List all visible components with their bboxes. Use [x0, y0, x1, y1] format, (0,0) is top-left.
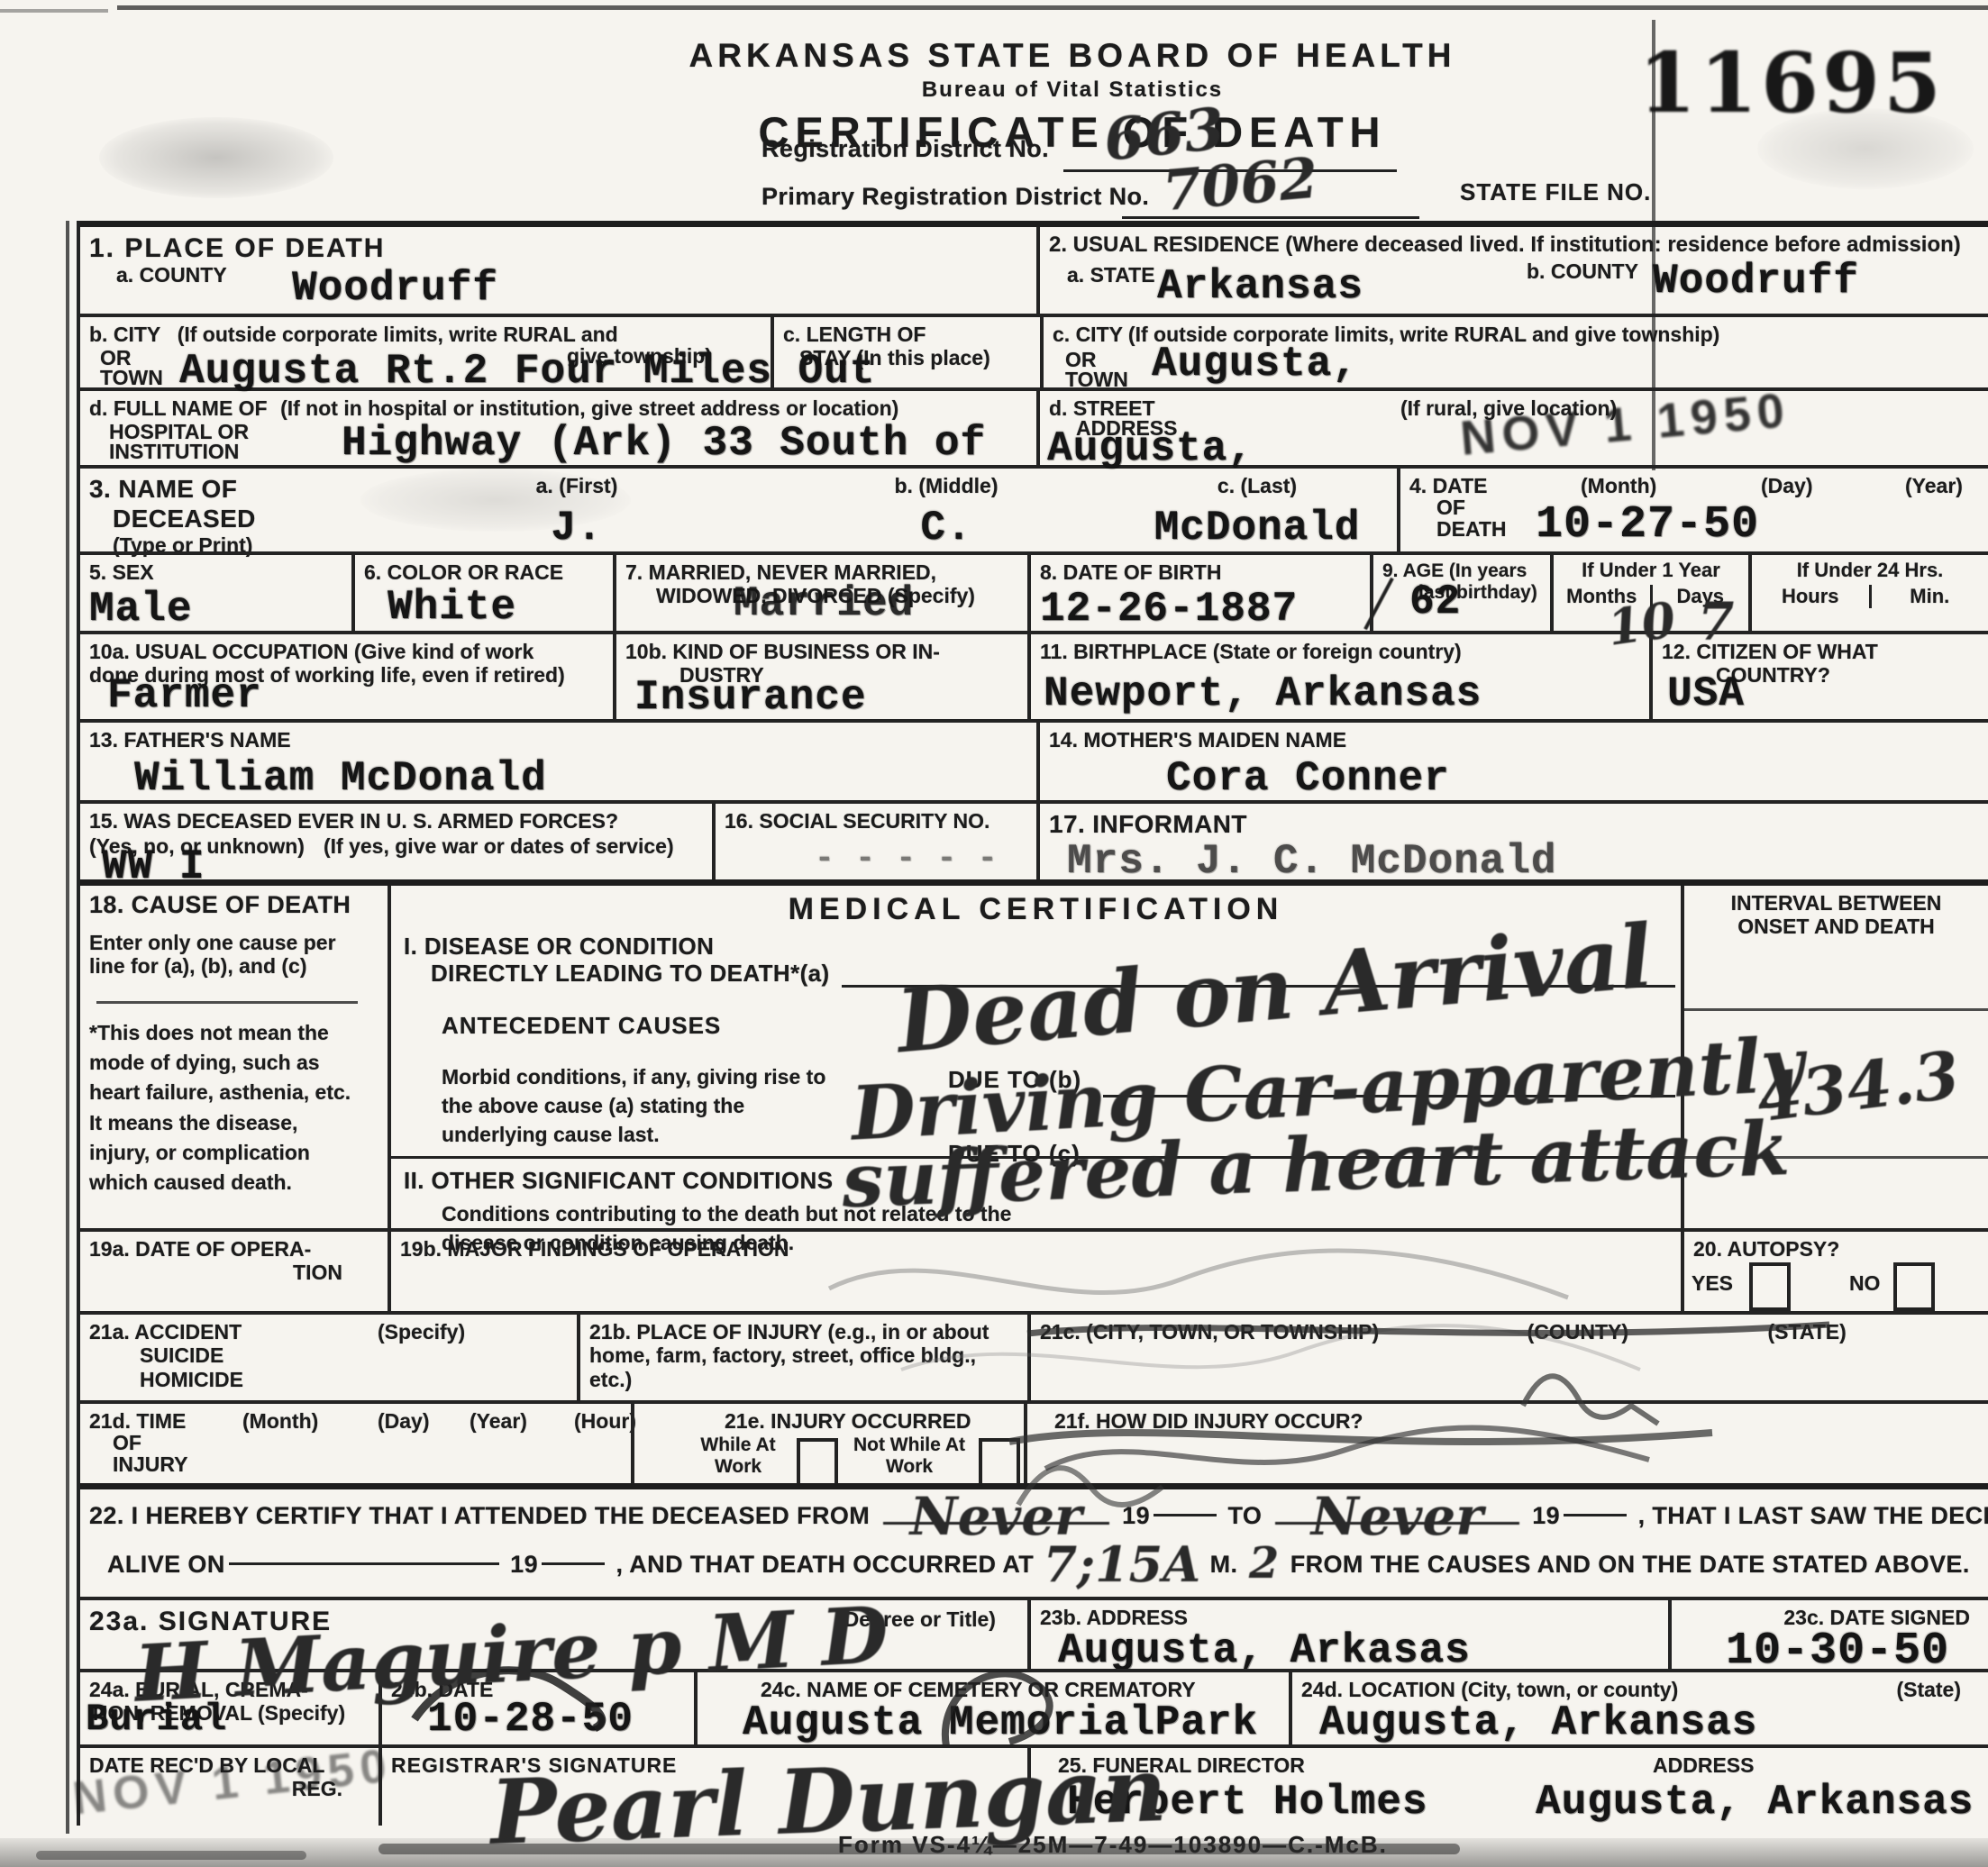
- scan-artifact: [36, 1851, 306, 1860]
- injury-how-label: 21f. HOW DID INJURY OCCUR?: [1054, 1409, 1979, 1433]
- autopsy-no-checkbox: [1893, 1262, 1935, 1311]
- armed-label-3: (If yes, give war or dates of service): [324, 834, 674, 858]
- field-operation-date: 19a. DATE OF OPERA- TION: [80, 1232, 388, 1311]
- field-occupation: 10a. USUAL OCCUPATION (Give kind of work…: [80, 634, 613, 719]
- father-value: William McDonald: [134, 755, 547, 802]
- injury-time-label-2: OF: [113, 1431, 141, 1454]
- industry-label-1: 10b. KIND OF BUSINESS OR IN-: [625, 640, 1018, 663]
- occupation-label-1: 10a. USUAL OCCUPATION (Give kind of work: [89, 640, 604, 663]
- cemetery-location-value: Augusta, Arkansas: [1319, 1699, 1757, 1746]
- armed-label-1: 15. WAS DECEASED EVER IN U. S. ARMED FOR…: [89, 809, 618, 833]
- field-industry: 10b. KIND OF BUSINESS OR IN- DUSTRY Insu…: [613, 634, 1027, 719]
- under-day-label: If Under 24 Hrs.: [1752, 559, 1988, 581]
- row-certify-statement: 22. I HEREBY CERTIFY THAT I ATTENDED THE…: [80, 1483, 1988, 1597]
- cemetery-location-label: 24d. LOCATION (City, town, or county): [1301, 1678, 1678, 1701]
- board-name: ARKANSAS STATE BOARD OF HEALTH: [559, 36, 1586, 76]
- certify-to: TO: [1227, 1502, 1262, 1529]
- state-file-label: STATE FILE NO.: [1460, 178, 1651, 206]
- field-autopsy: 20. AUTOPSY? YES NO: [1681, 1232, 1988, 1311]
- row-name-dod: 3. NAME OF DECEASED (Type or Print) a. (…: [80, 465, 1988, 551]
- operation-date-label-2: TION: [89, 1261, 342, 1284]
- primary-district-line: Primary Registration District No.: [761, 183, 1149, 212]
- field-under-24-hrs: If Under 24 Hrs. Hours Min.: [1748, 555, 1988, 631]
- field-dob: 8. DATE OF BIRTH 12-26-1887: [1027, 555, 1370, 631]
- dod-month-label: (Month): [1581, 474, 1656, 497]
- injury-month-label: (Month): [242, 1409, 318, 1433]
- not-while-label-1: Not While At: [851, 1434, 968, 1456]
- institution-value: Highway (Ark) 33 South of: [342, 420, 986, 467]
- interval-line-1: [1684, 1008, 1988, 1011]
- scan-artifact: [117, 5, 1988, 10]
- while-label-1: While At: [689, 1434, 788, 1456]
- name-label-1: 3. NAME OF: [89, 474, 369, 504]
- not-while-label-2: Work: [851, 1456, 968, 1478]
- scan-artifact: [0, 9, 108, 13]
- row-armed-ssn-informant: 15. WAS DECEASED EVER IN U. S. ARMED FOR…: [80, 800, 1988, 879]
- accident-label-3: HOMICIDE: [140, 1368, 568, 1391]
- disease-label-2: DIRECTLY LEADING TO DEATH*(a): [431, 960, 830, 988]
- cause-title: 18. CAUSE OF DEATH: [89, 891, 378, 920]
- last-name-value: McDonald: [1126, 505, 1388, 551]
- registration-district-line: Registration District No.: [761, 135, 1049, 164]
- field-first-name: a. (First) J.: [378, 469, 775, 551]
- field-last-name: c. (Last) McDonald: [1117, 469, 1397, 551]
- certificate-form: 1. PLACE OF DEATH a. COUNTY Woodruff 2. …: [77, 221, 1988, 1826]
- place-city-town: TOWN: [100, 366, 163, 389]
- field-operation-findings: 19b. MAJOR FINDINGS OF OPERATION: [388, 1232, 1681, 1311]
- institution-label-3: INSTITUTION: [109, 440, 239, 463]
- last-name-label: c. (Last): [1126, 474, 1388, 497]
- while-label-2: Work: [689, 1456, 788, 1478]
- dod-value: 10-27-50: [1536, 499, 1759, 551]
- accident-label-1: 21a. ACCIDENT: [89, 1320, 568, 1343]
- institution-label-1: d. FULL NAME OF: [89, 396, 268, 420]
- field-cemetery-location: 24d. LOCATION (City, town, or county) (S…: [1289, 1672, 1988, 1744]
- not-while-at-work-option: Not While At Work: [851, 1434, 968, 1478]
- while-at-work-option: While At Work: [689, 1434, 788, 1478]
- dod-year-label: (Year): [1905, 474, 1963, 497]
- field-residence-city: c. CITY (If outside corporate limits, wr…: [1040, 317, 1988, 387]
- middle-name-value: C.: [784, 505, 1108, 551]
- field-accident-type: 21a. ACCIDENT SUICIDE HOMICIDE (Specify): [80, 1315, 577, 1400]
- injury-occurred-label: 21e. INJURY OCCURRED: [725, 1409, 1015, 1433]
- page-title: CERTIFICATE OF DEATH: [559, 107, 1586, 157]
- document-header: ARKANSAS STATE BOARD OF HEALTH Bureau of…: [559, 36, 1586, 158]
- ssn-value: - - - - -: [815, 840, 998, 877]
- under-year-label: If Under 1 Year: [1554, 559, 1748, 581]
- field-name-label: 3. NAME OF DECEASED (Type or Print): [80, 469, 378, 551]
- field-injury-time: 21d. TIME OF INJURY (Month) (Day) (Year)…: [80, 1404, 631, 1483]
- bureau-name: Bureau of Vital Statistics: [559, 77, 1586, 103]
- certify-year-2: 19: [1532, 1502, 1560, 1529]
- certify-year-1: 19: [1122, 1502, 1150, 1529]
- field-signature: 23a. SIGNATURE (Degree or Title) H Magui…: [80, 1600, 1027, 1669]
- certify-text-1: 22. I HEREBY CERTIFY THAT I ATTENDED THE…: [89, 1502, 870, 1529]
- field-physician-address: 23b. ADDRESS Augusta, Arkasas: [1027, 1600, 1668, 1669]
- field-funeral-director: 25. FUNERAL DIRECTOR ADDRESS Herbert Hol…: [1027, 1748, 1988, 1826]
- certify-text-3: , AND THAT DEATH OCCURRED AT: [616, 1551, 1034, 1578]
- residence-state-label: a. STATE: [1067, 263, 1155, 287]
- form-left-border: [66, 221, 69, 1834]
- operation-date-label-1: 19a. DATE OF OPERA-: [89, 1237, 378, 1261]
- field-injury-how: 21f. HOW DID INJURY OCCUR?: [1024, 1404, 1988, 1483]
- field-age: 9. AGE (In years last birthday) 62: [1370, 555, 1550, 631]
- row-city: b. CITY (If outside corporate limits, wr…: [80, 314, 1988, 387]
- autopsy-yes-checkbox: [1749, 1262, 1791, 1311]
- autopsy-no-label: NO: [1849, 1271, 1881, 1295]
- citizen-label-2: COUNTRY?: [1716, 663, 1979, 687]
- residence-county-label: b. COUNTY: [1527, 260, 1638, 283]
- other-conditions-label: II. OTHER SIGNIFICANT CONDITIONS: [404, 1167, 833, 1195]
- ssn-label: 16. SOCIAL SECURITY NO.: [725, 809, 1027, 833]
- race-value: White: [388, 584, 604, 631]
- dod-day-label: (Day): [1761, 474, 1813, 497]
- primary-district-value: 7062: [1160, 145, 1320, 224]
- sex-value: Male: [89, 586, 342, 633]
- field-armed-forces: 15. WAS DECEASED EVER IN U. S. ARMED FOR…: [80, 804, 712, 879]
- county-value: Woodruff: [292, 265, 498, 312]
- institution-note: (If not in hospital or institution, give…: [280, 396, 898, 420]
- place-of-death-title: 1. PLACE OF DEATH: [89, 233, 385, 263]
- row-signature: 23a. SIGNATURE (Degree or Title) H Magui…: [80, 1597, 1988, 1669]
- autopsy-label: 20. AUTOPSY?: [1693, 1237, 1979, 1261]
- injury-hour-label: (Hour): [574, 1409, 636, 1433]
- antecedent-label: ANTECEDENT CAUSES: [442, 1012, 721, 1040]
- field-injury-occurred: 21e. INJURY OCCURRED While At Work Not W…: [631, 1404, 1024, 1483]
- field-place-of-death-county: 1. PLACE OF DEATH a. COUNTY Woodruff: [80, 227, 1036, 314]
- residence-county-value: Woodruff: [1653, 258, 1859, 305]
- field-certify-statement: 22. I HEREBY CERTIFY THAT I ATTENDED THE…: [80, 1489, 1988, 1597]
- row-place-residence: 1. PLACE OF DEATH a. COUNTY Woodruff 2. …: [80, 221, 1988, 314]
- field-informant: 17. INFORMANT Mrs. J. C. McDonald: [1036, 804, 1988, 879]
- dob-label: 8. DATE OF BIRTH: [1040, 560, 1361, 584]
- first-name-value: J.: [388, 505, 766, 551]
- cause-note-1: Enter only one cause per line for (a), (…: [89, 931, 360, 979]
- autopsy-yes-label: YES: [1692, 1271, 1733, 1295]
- field-race: 6. COLOR OR RACE White: [351, 555, 613, 631]
- sex-label: 5. SEX: [89, 560, 342, 584]
- injury-year-label: (Year): [470, 1409, 527, 1433]
- dod-label-1: 4. DATE: [1409, 474, 1487, 497]
- autopsy-options: YES NO: [1692, 1262, 1980, 1311]
- row-injury-place: 21a. ACCIDENT SUICIDE HOMICIDE (Specify)…: [80, 1311, 1988, 1400]
- field-marital: 7. MARRIED, NEVER MARRIED, WIDOWED, DIVO…: [613, 555, 1027, 631]
- row-medical-certification: 18. CAUSE OF DEATH Enter only one cause …: [80, 879, 1988, 1228]
- injury-day-label: (Day): [378, 1409, 430, 1433]
- field-place-city: b. CITY (If outside corporate limits, wr…: [80, 317, 771, 387]
- residence-state-value: Arkansas: [1157, 263, 1363, 310]
- physician-address-value: Augusta, Arkasas: [1058, 1627, 1471, 1674]
- field-date-signed: 23c. DATE SIGNED 10-30-50: [1668, 1600, 1988, 1669]
- field-under-one-year: If Under 1 Year Months Days 10 7: [1550, 555, 1748, 631]
- middle-name-label: b. (Middle): [784, 474, 1108, 497]
- not-while-at-work-checkbox: [979, 1438, 1020, 1487]
- stay-label-1: c. LENGTH OF: [783, 323, 1031, 346]
- hours-label: Hours: [1782, 585, 1839, 607]
- funeral-address-value: Augusta, Arkansas: [1536, 1779, 1974, 1826]
- injury-time-label-3: INJURY: [113, 1453, 188, 1476]
- injury-state-label: (STATE): [1767, 1320, 1846, 1343]
- row-operation: 19a. DATE OF OPERA- TION 19b. MAJOR FIND…: [80, 1228, 1988, 1311]
- field-registrar-signature: REGISTRAR'S SIGNATURE Pearl Dungan: [378, 1748, 1027, 1826]
- dob-value: 12-26-1887: [1040, 586, 1361, 633]
- usual-residence-title: 2. USUAL RESIDENCE (Where deceased lived…: [1049, 232, 1961, 257]
- place-city-label: b. CITY: [89, 323, 160, 346]
- field-date-of-death: 4. DATE OF DEATH (Month) (Day) (Year) 10…: [1397, 469, 1988, 551]
- field-birthplace: 11. BIRTHPLACE (State or foreign country…: [1027, 634, 1649, 719]
- industry-value: Insurance: [634, 674, 866, 721]
- first-name-label: a. (First): [388, 474, 766, 497]
- serial-number: 11695: [1638, 34, 1945, 132]
- attended-from-value: Never: [883, 1516, 1109, 1525]
- certify-alive-on: ALIVE ON: [107, 1551, 225, 1578]
- race-label: 6. COLOR OR RACE: [364, 560, 604, 584]
- dod-label-3: DEATH: [1436, 517, 1507, 541]
- residence-city-value: Augusta,: [1152, 341, 1358, 387]
- death-certificate-page: ARKANSAS STATE BOARD OF HEALTH Bureau of…: [0, 0, 1988, 1867]
- smudge: [99, 117, 333, 198]
- disease-label-1: I. DISEASE OR CONDITION: [404, 933, 714, 961]
- accident-label-2: SUICIDE: [140, 1343, 568, 1367]
- birthplace-value: Newport, Arkansas: [1044, 670, 1482, 717]
- field-ssn: 16. SOCIAL SECURITY NO. - - - - -: [712, 804, 1036, 879]
- place-city-value: Augusta Rt.2 Four Miles Out: [179, 348, 875, 395]
- mother-value: Cora Conner: [1166, 755, 1450, 802]
- certify-text-4: FROM THE CAUSES AND ON THE DATE STATED A…: [1290, 1551, 1970, 1578]
- county-label: a. COUNTY: [116, 263, 227, 287]
- min-label: Min.: [1910, 585, 1949, 607]
- field-sex: 5. SEX Male: [80, 555, 351, 631]
- place-city-note1: (If outside corporate limits, write RURA…: [178, 323, 618, 346]
- registration-district-label: Registration District No.: [761, 135, 1049, 162]
- months-value: 10: [1604, 590, 1679, 657]
- cause-divider: [96, 1001, 358, 1004]
- field-cause-of-death-notes: 18. CAUSE OF DEATH Enter only one cause …: [80, 886, 388, 1228]
- row-parents: 13. FATHER'S NAME William McDonald 14. M…: [80, 719, 1988, 800]
- field-medical-certification: MEDICAL CERTIFICATION I. DISEASE OR COND…: [388, 886, 1681, 1228]
- age-value: 62: [1409, 578, 1461, 625]
- field-father: 13. FATHER'S NAME William McDonald: [80, 723, 1036, 800]
- occupation-value: Farmer: [107, 672, 262, 719]
- operation-findings-label: 19b. MAJOR FINDINGS OF OPERATION: [400, 1237, 1672, 1261]
- row-injury-time: 21d. TIME OF INJURY (Month) (Day) (Year)…: [80, 1400, 1988, 1483]
- cemetery-location-state-label: (State): [1896, 1678, 1961, 1701]
- row-sex-race: 5. SEX Male 6. COLOR OR RACE White 7. MA…: [80, 551, 1988, 631]
- marital-value: Married: [734, 580, 914, 627]
- accident-specify-label: (Specify): [378, 1320, 465, 1343]
- physician-address-label: 23b. ADDRESS: [1040, 1606, 1659, 1629]
- field-mother: 14. MOTHER'S MAIDEN NAME Cora Conner: [1036, 723, 1988, 800]
- injury-time-label-1: 21d. TIME: [89, 1409, 186, 1433]
- field-injury-place: 21b. PLACE OF INJURY (e.g., in or about …: [577, 1315, 1027, 1400]
- street-value: Augusta,: [1047, 425, 1254, 472]
- cemetery-value: Augusta MemorialPark: [743, 1699, 1258, 1746]
- field-institution: d. FULL NAME OF (If not in hospital or i…: [80, 391, 1036, 465]
- birthplace-label: 11. BIRTHPLACE (State or foreign country…: [1040, 640, 1640, 663]
- days-value: 7: [1698, 591, 1734, 652]
- armed-value: WW I: [102, 843, 205, 890]
- certify-year-3: 19: [510, 1551, 538, 1578]
- citizen-value: USA: [1667, 670, 1745, 717]
- morbid-note: Morbid conditions, if any, giving rise t…: [442, 1062, 829, 1150]
- while-at-work-checkbox: [797, 1438, 838, 1487]
- mother-label: 14. MOTHER'S MAIDEN NAME: [1049, 728, 1979, 751]
- interval-label-2: ONSET AND DEATH: [1693, 915, 1979, 938]
- primary-district-label: Primary Registration District No.: [761, 183, 1149, 210]
- injury-city-label: 21c. (CITY, TOWN, OR TOWNSHIP): [1040, 1320, 1379, 1343]
- field-injury-city: 21c. (CITY, TOWN, OR TOWNSHIP) (COUNTY) …: [1027, 1315, 1988, 1400]
- father-label: 13. FATHER'S NAME: [89, 728, 1027, 751]
- funeral-address-label: ADDRESS: [1653, 1753, 1754, 1777]
- field-middle-name: b. (Middle) C.: [775, 469, 1117, 551]
- interval-label-1: INTERVAL BETWEEN: [1693, 891, 1979, 915]
- cause-note-2: *This does not mean the mode of dying, s…: [89, 1018, 360, 1198]
- informant-value: Mrs. J. C. McDonald: [1067, 838, 1557, 885]
- dod-label-2: OF: [1436, 496, 1465, 519]
- injury-place-label-2: home, farm, factory, street, office bldg…: [589, 1343, 1018, 1391]
- certify-m-label: M.: [1210, 1551, 1238, 1578]
- informant-label: 17. INFORMANT: [1049, 809, 1979, 839]
- injury-county-label: (COUNTY): [1527, 1320, 1628, 1343]
- attended-to-value: Never: [1275, 1516, 1519, 1525]
- field-usual-residence: 2. USUAL RESIDENCE (Where deceased lived…: [1036, 227, 1988, 314]
- name-label-2: DECEASED: [113, 504, 369, 533]
- age-label-1: 9. AGE (In years: [1382, 560, 1541, 582]
- certify-text-2: , THAT I LAST SAW THE DECEASED: [1638, 1502, 1988, 1529]
- injury-place-label-1: 21b. PLACE OF INJURY (e.g., in or about: [589, 1320, 1018, 1343]
